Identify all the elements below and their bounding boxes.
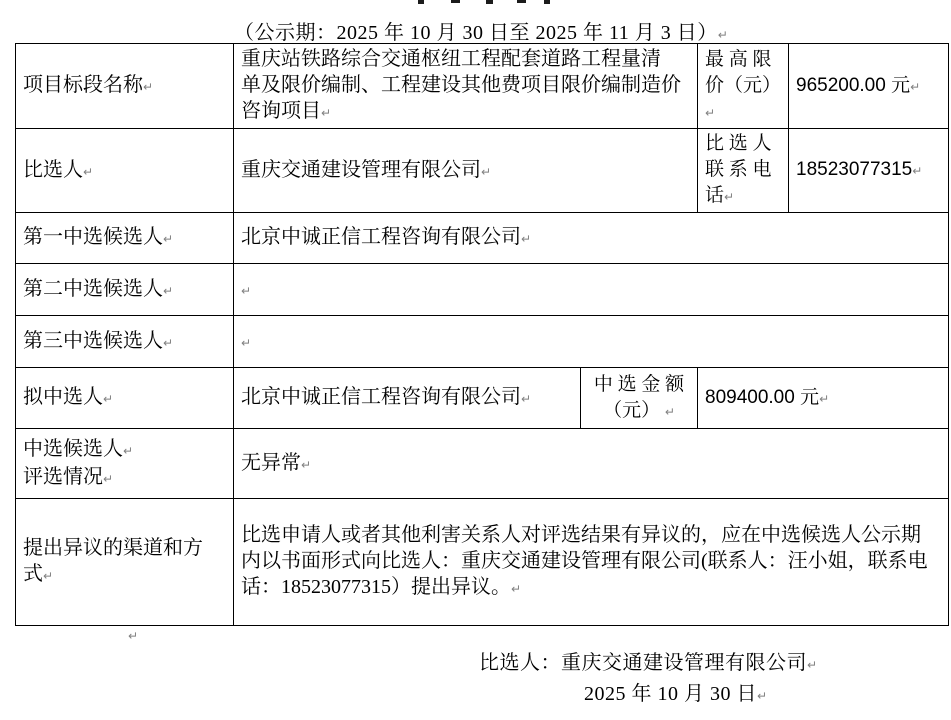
evaluation-value: 无异常↵ [234, 429, 949, 499]
candidate1-value: 北京中诚正信工程咨询有限公司↵ [234, 213, 949, 264]
winning-amount-value: 809400.00 元↵ [698, 368, 949, 429]
publicity-period-subtitle: （公示期：2025 年 10 月 30 日至 2025 年 11 月 3 日）↵ [234, 16, 728, 45]
selector-value: 重庆交通建设管理有限公司↵ [234, 129, 698, 213]
row-candidate-3: 第三中选候选人↵ ↵ [16, 316, 949, 368]
max-price-value: 965200.00 元↵ [789, 44, 949, 129]
proposed-winner-value: 北京中诚正信工程咨询有限公司↵ [234, 368, 581, 429]
objection-value: 比选申请人或者其他利害关系人对评选结果有异议的，应在中选候选人公示期内以书面形式… [234, 499, 949, 626]
objection-label: 提出异议的渠道和方式↵ [16, 499, 234, 626]
footer-date: 2025 年 10 月 30 日↵ [584, 677, 767, 706]
selector-label: 比选人↵ [16, 129, 234, 213]
winning-amount-label: 中 选 金 额（元） ↵ [581, 368, 698, 429]
candidate2-label: 第二中选候选人↵ [16, 264, 234, 316]
row-objection: 提出异议的渠道和方式↵ 比选申请人或者其他利害关系人对评选结果有异议的，应在中选… [16, 499, 949, 626]
row-proposed-winner: 拟中选人↵ 北京中诚正信工程咨询有限公司↵ 中 选 金 额（元） ↵ 80940… [16, 368, 949, 429]
candidate1-label: 第一中选候选人↵ [16, 213, 234, 264]
selector-phone-value: 18523077315↵ [789, 129, 949, 213]
footer-signature: 比选人：重庆交通建设管理有限公司↵ [479, 646, 817, 675]
row-candidate-2: 第二中选候选人↵ ↵ [16, 264, 949, 316]
evaluation-label: 中选候选人↵评选情况↵ [16, 429, 234, 499]
project-label: 项目标段名称↵ [16, 44, 234, 129]
row-candidate-1: 第一中选候选人↵ 北京中诚正信工程咨询有限公司↵ [16, 213, 949, 264]
selector-phone-label: 比 选 人联 系 电话↵ [698, 129, 789, 213]
max-price-label: 最 高 限价（元）↵ [698, 44, 789, 129]
cropped-title-fragment [0, 0, 951, 5]
row-evaluation: 中选候选人↵评选情况↵ 无异常↵ [16, 429, 949, 499]
candidate3-value: ↵ [234, 316, 949, 368]
project-value: 重庆站铁路综合交通枢纽工程配套道路工程量清单及限价编制、工程建设其他费项目限价编… [234, 44, 698, 129]
paragraph-mark: ↵ [128, 629, 138, 643]
row-project: 项目标段名称↵ 重庆站铁路综合交通枢纽工程配套道路工程量清单及限价编制、工程建设… [16, 44, 949, 129]
candidate3-label: 第三中选候选人↵ [16, 316, 234, 368]
document-page: （公示期：2025 年 10 月 30 日至 2025 年 11 月 3 日）↵… [0, 0, 951, 720]
bid-result-table: 项目标段名称↵ 重庆站铁路综合交通枢纽工程配套道路工程量清单及限价编制、工程建设… [15, 43, 949, 626]
row-selector: 比选人↵ 重庆交通建设管理有限公司↵ 比 选 人联 系 电话↵ 18523077… [16, 129, 949, 213]
candidate2-value: ↵ [234, 264, 949, 316]
proposed-winner-label: 拟中选人↵ [16, 368, 234, 429]
